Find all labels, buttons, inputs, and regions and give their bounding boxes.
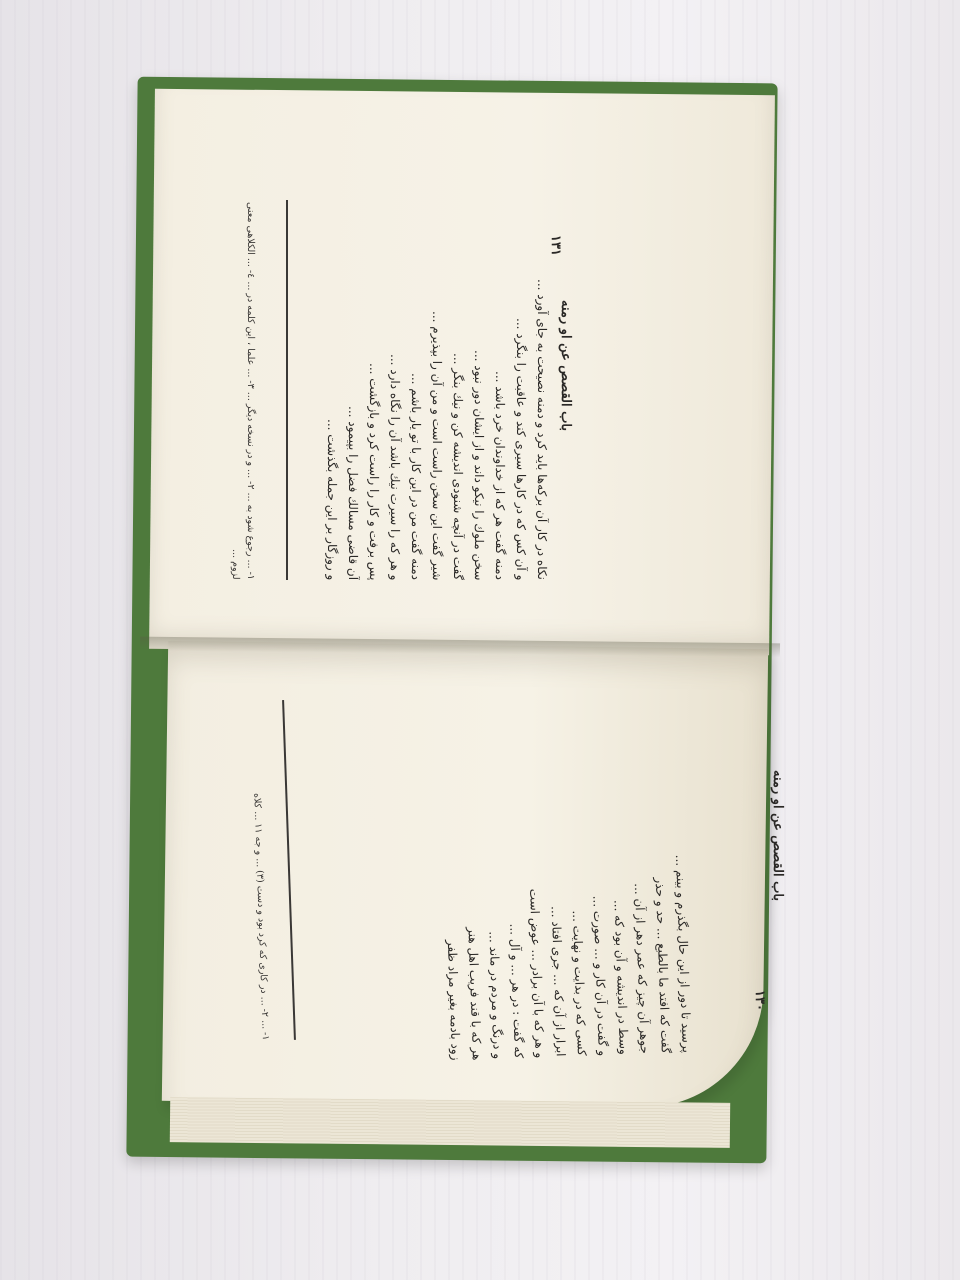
text-line: آن قاضى مسالك فضل را بپيمود ...: [342, 180, 363, 580]
running-header-top: باب القصص عن او رمنه: [558, 300, 573, 431]
footnotes-top: ١- ... رجوع شود به ... ٢- ... و در نسخه …: [228, 200, 258, 580]
text-line: و آن كس كه در كارها سيرى كند و عاقبت را …: [510, 180, 531, 580]
running-header-bottom: باب القصص عن او رمنه: [770, 770, 785, 901]
footnote-line: (٣) ... و جه ١١ ... كلاه: [251, 792, 265, 882]
page-number-bottom: ١٣٠: [752, 990, 767, 1011]
text-line: دمنه گفت هر كه از خداوندان خرد باشد ...: [489, 180, 510, 580]
footnote-line: ٣- ... علما ، اين كلمه در ...: [245, 281, 256, 388]
text-line: سخن ملوك را نيكو داند و از ايشان دور نبو…: [468, 180, 489, 580]
text-line: پس برفت و كار را راست كرد و بازگشت ...: [363, 180, 384, 580]
text-line: گفت در آنچه شنودى انديشه كن و نيك بنگر .…: [447, 180, 468, 580]
text-line: شير گفت اين سخن راست است و من آن را بپذي…: [426, 180, 447, 580]
body-text-bottom: پرسيد تا دور از اين حال بگذرم و بينم ...…: [243, 652, 697, 1067]
body-text-top: نكاه در كار آن بركه‌ها بايد كرد و دمنه ن…: [212, 180, 552, 580]
text-line: دمنه گفت من در اين كار با تو يار باشم ..…: [405, 180, 426, 580]
text-line: و روزگار بر اين جمله بگذشت ...: [321, 180, 342, 580]
footnote-rule-top: [286, 200, 288, 580]
footnote-line: ١- ... رجوع شود به ...: [245, 493, 256, 580]
page-edges: [170, 1097, 730, 1148]
text-line: نكاه در كار آن بركه‌ها بايد كرد و دمنه ن…: [531, 180, 552, 580]
footnote-line: ٢- ... و در نسخه ديگر ...: [245, 392, 256, 490]
text-line: و هر كه را سيرت نيك باشد آن را نگاه دارد…: [384, 180, 405, 580]
